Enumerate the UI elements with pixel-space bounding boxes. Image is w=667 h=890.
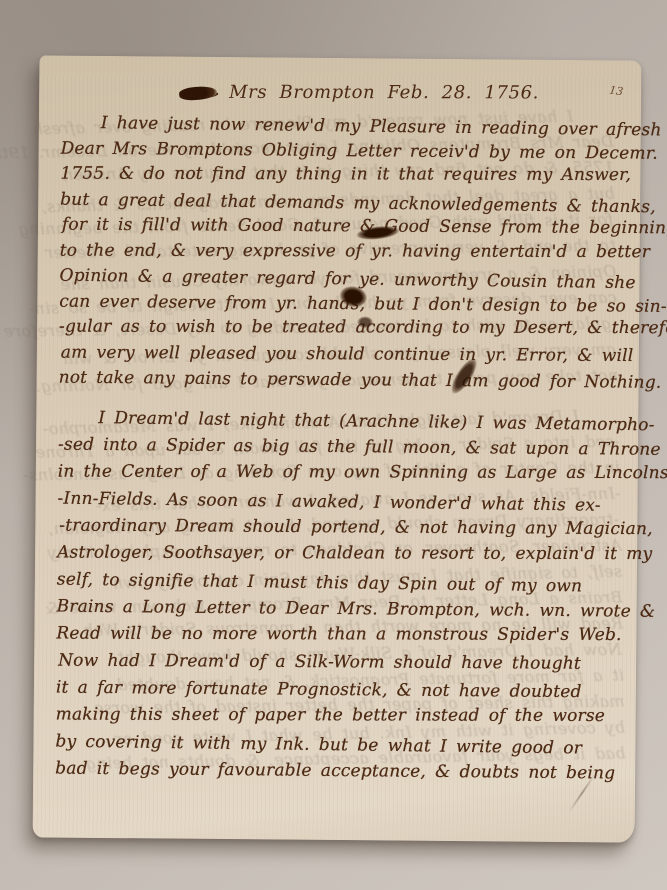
letter-line: for it is fill'd with Good nature & Good… — [62, 213, 628, 242]
letter-page: I have just now renew'd my Pleasure in r… — [33, 55, 642, 842]
letter-line: not take any pains to perswade you that … — [58, 366, 624, 396]
paragraph-1: I have just now renew'd my Pleasure in r… — [58, 111, 626, 396]
letter-line: -gular as to wish to be treated accordin… — [59, 315, 625, 342]
ink-scribble — [179, 85, 218, 101]
ink-blot — [357, 316, 373, 328]
page-number: 13 — [608, 83, 624, 98]
letter-heading: Mrs Brompton Feb. 28. 1756. — [61, 82, 627, 104]
letter-line: Now had I Dream'd of a Silk-Worm should … — [58, 647, 624, 677]
letter-line: Read will be no more worth than a monstr… — [56, 620, 622, 648]
letter-line: making this sheet of paper the better in… — [56, 701, 622, 729]
letter-text: Mrs Brompton Feb. 28. 1756. 13 I have ju… — [33, 55, 642, 842]
letter-line: Astrologer, Soothsayer, or Chaldean to r… — [57, 539, 623, 567]
letter-line: am very well pleased you should continue… — [61, 340, 627, 369]
letter-line: 1755. & do not find any thing in it that… — [60, 162, 626, 189]
paragraph-2: I Dream'd last night that (Arachne like)… — [55, 404, 624, 787]
heading-text: Mrs Brompton Feb. 28. 1756. — [229, 82, 539, 104]
letter-line: in the Center of a Web of my own Spinnin… — [58, 458, 624, 486]
letter-line: -traordinary Dream should portend, & not… — [59, 512, 625, 542]
photo-background: I have just now renew'd my Pleasure in r… — [0, 0, 667, 890]
letter-line: to the end, & very expressive of yr. hav… — [60, 238, 626, 265]
